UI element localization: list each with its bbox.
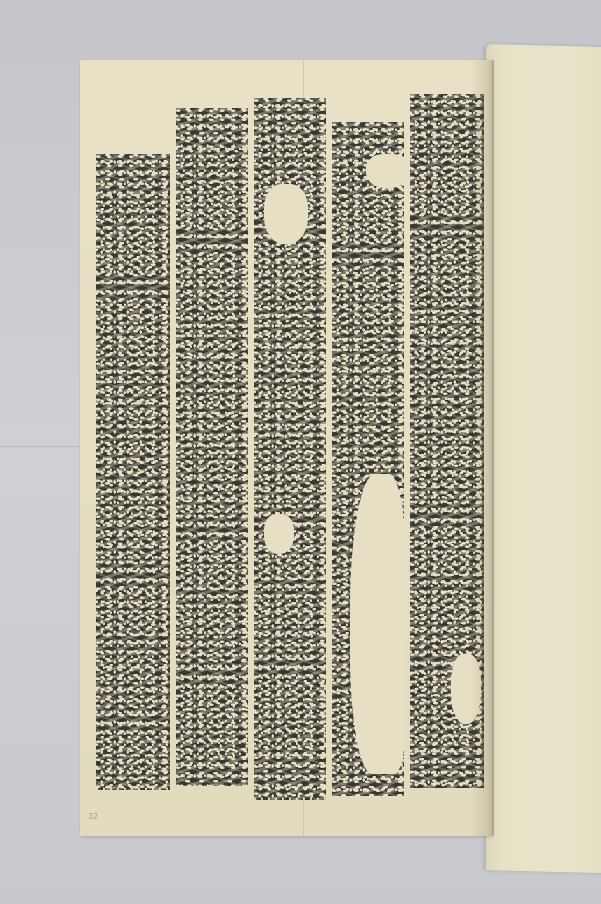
page-number: 32 [88, 812, 98, 821]
rubbing-strip-2 [176, 108, 248, 786]
rubbing-strip-1 [96, 154, 170, 790]
ink-rubbing [96, 94, 484, 800]
book-gutter [470, 60, 494, 836]
background-seam [0, 446, 82, 447]
right-page-blank [486, 44, 601, 873]
worn-area [366, 154, 410, 188]
worn-area [264, 514, 294, 554]
worn-area [350, 474, 406, 774]
worn-area [264, 184, 308, 244]
